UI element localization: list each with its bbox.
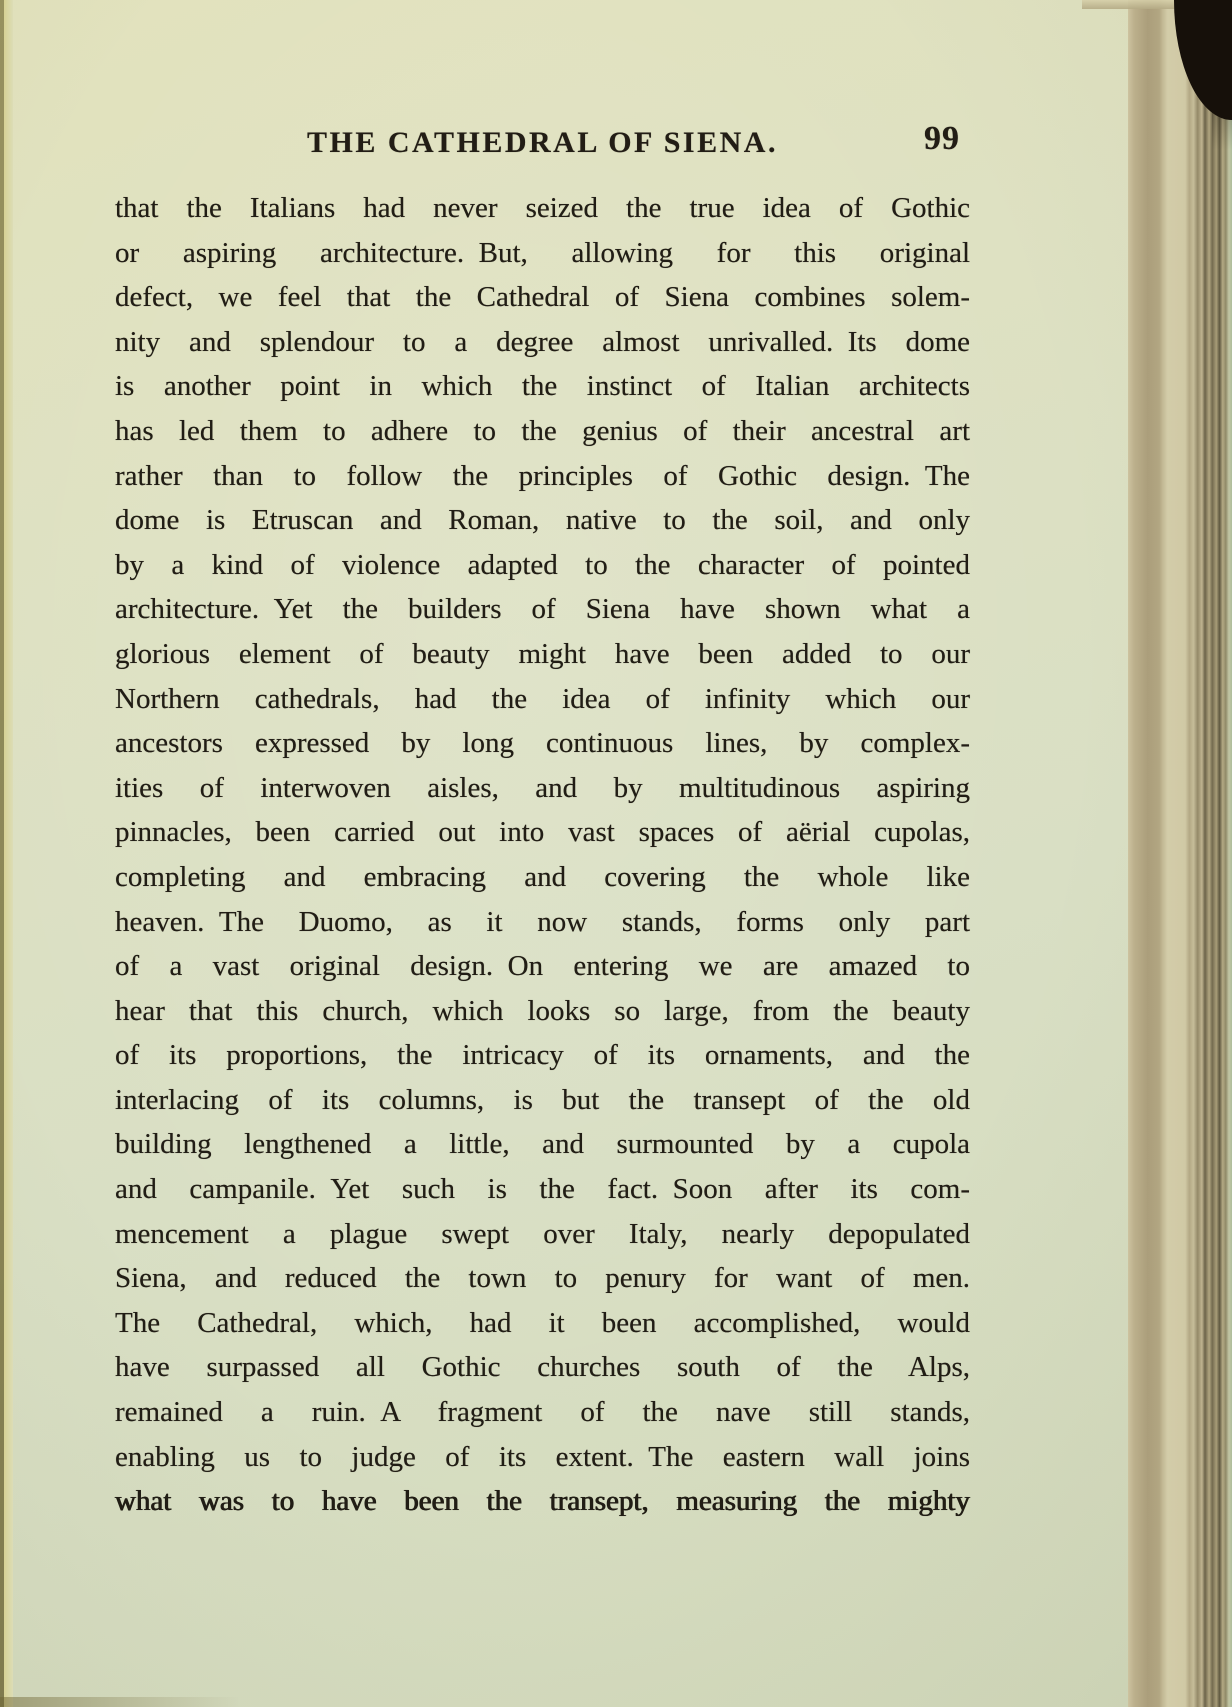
text-line: has led them to adhere to the genius of … (115, 409, 970, 454)
text-line: heaven. The Duomo, as it now stands, for… (115, 900, 970, 945)
text-line: architecture. Yet the builders of Siena … (115, 587, 970, 632)
text-line: ities of interwoven aisles, and by multi… (115, 766, 970, 811)
text-line: of a vast original design. On entering w… (115, 944, 970, 989)
body-text: that the Italians had never seized the t… (115, 186, 970, 1524)
text-line: is another point in which the instinct o… (115, 364, 970, 409)
text-line: what was to have been the transept, meas… (115, 1479, 970, 1524)
text-line: pinnacles, been carried out into vast sp… (115, 810, 970, 855)
text-line: or aspiring architecture. But, allowing … (115, 231, 970, 276)
text-line: have surpassed all Gothic churches south… (115, 1345, 970, 1390)
text-line: Northern cathedrals, had the idea of inf… (115, 677, 970, 722)
book-scan-photo: THE CATHEDRAL OF SIENA. 99 that the Ital… (0, 0, 1232, 1707)
text-line: nity and splendour to a degree almost un… (115, 320, 970, 365)
text-line: and campanile. Yet such is the fact. Soo… (115, 1167, 970, 1212)
page-number: 99 (924, 120, 960, 158)
text-line: of its proportions, the intricacy of its… (115, 1033, 970, 1078)
page-left-edge-highlight (4, 0, 13, 1707)
text-line: dome is Etruscan and Roman, native to th… (115, 498, 970, 543)
text-line: glorious element of beauty might have be… (115, 632, 970, 677)
text-line: completing and embracing and covering th… (115, 855, 970, 900)
background-dark-corner-fade (1212, 0, 1232, 150)
text-line: building lengthened a little, and surmou… (115, 1122, 970, 1167)
text-line: remained a ruin. A fragment of the nave … (115, 1390, 970, 1435)
text-line: hear that this church, which looks so la… (115, 989, 970, 1034)
page-bottom-shadow (0, 1697, 240, 1707)
text-line: that the Italians had never seized the t… (115, 186, 970, 231)
text-line: by a kind of violence adapted to the cha… (115, 543, 970, 588)
running-head: THE CATHEDRAL OF SIENA. 99 (115, 126, 970, 168)
page-title: THE CATHEDRAL OF SIENA. (115, 126, 970, 160)
text-line: interlacing of its columns, is but the t… (115, 1078, 970, 1123)
text-line: ancestors expressed by long continuous l… (115, 721, 970, 766)
text-line: mencement a plague swept over Italy, nea… (115, 1212, 970, 1257)
book-fore-edge-pages (1128, 0, 1232, 1707)
text-line: The Cathedral, which, had it been accomp… (115, 1301, 970, 1346)
text-line: defect, we feel that the Cathedral of Si… (115, 275, 970, 320)
text-line: Siena, and reduced the town to penury fo… (115, 1256, 970, 1301)
text-line: enabling us to judge of its extent. The … (115, 1435, 970, 1480)
text-line: rather than to follow the principles of … (115, 454, 970, 499)
